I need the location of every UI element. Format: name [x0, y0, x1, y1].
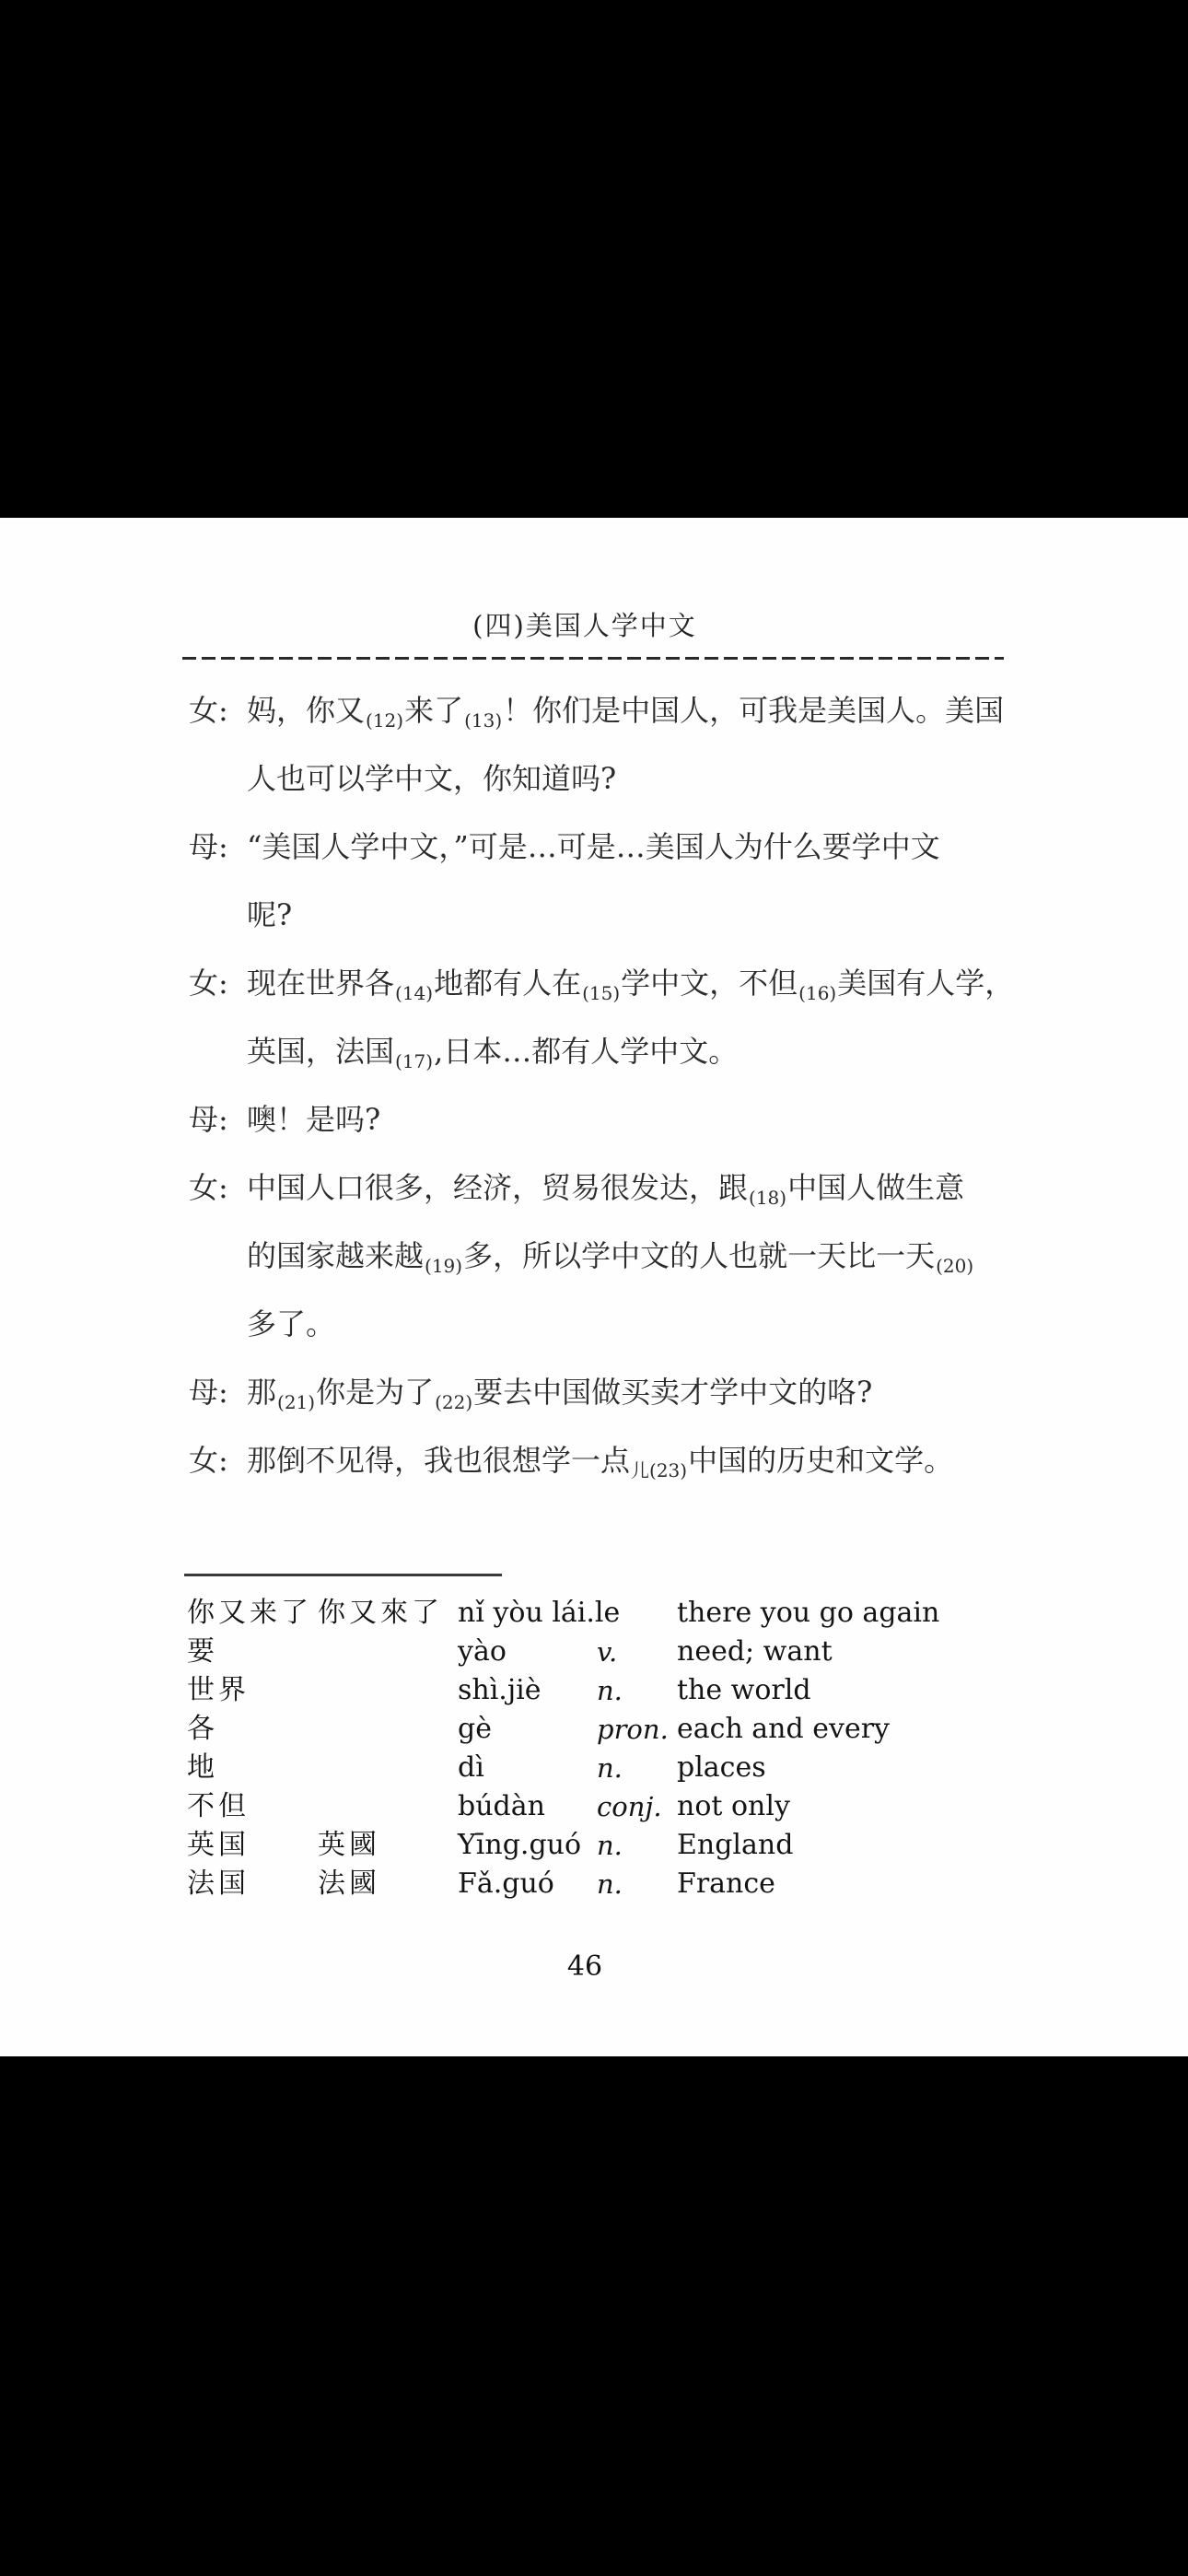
vocab-pinyin: yào — [458, 1633, 507, 1671]
dialogue-text: 那(21)你是为了(22)要去中国做买卖才学中文的咯? — [247, 1375, 872, 1410]
vocab-english: not only — [677, 1787, 790, 1826]
annotation-number: (12) — [366, 709, 403, 732]
dialogue-text: 中国人口很多，经济，贸易很发达，跟(18)中国人做生意 — [247, 1170, 964, 1205]
vocab-pinyin: nǐ yòu lái.le — [458, 1594, 620, 1633]
dialogue-text: 那倒不见得，我也很想学一点儿(23)中国的历史和文学。 — [247, 1443, 953, 1478]
annotation-number: (13) — [464, 709, 502, 732]
vocab-pinyin: shì.jiè — [458, 1671, 542, 1710]
annotation-number: (14) — [395, 982, 433, 1004]
letterbox-top — [0, 0, 1188, 518]
vocab-part-of-speech: n. — [597, 1671, 623, 1710]
speaker-label: 母: — [189, 813, 247, 881]
annotation-number: (15) — [582, 982, 620, 1004]
annotation-number: (18) — [749, 1187, 786, 1209]
vocab-english: places — [677, 1749, 766, 1787]
dialogue-line: 母:噢！是吗? — [0, 1085, 1188, 1153]
vocab-pinyin: Yīng.guó — [458, 1826, 581, 1865]
dialogue-line: 呢? — [0, 881, 1188, 949]
dialogue-line: 英国，法国(17),日本…都有人学中文。 — [0, 1017, 1188, 1085]
dialogue-line: 母:那(21)你是为了(22)要去中国做买卖才学中文的咯? — [0, 1358, 1188, 1426]
letterbox-bottom — [0, 2056, 1188, 2576]
annotation-number: (20) — [936, 1255, 973, 1277]
vocab-simplified: 各 — [187, 1710, 218, 1749]
vocab-pinyin: gè — [458, 1710, 492, 1749]
chapter-title: (四)美国人学中文 — [0, 610, 1170, 641]
speaker-label: 女: — [189, 1426, 247, 1494]
vocab-row: 不但 búdàn conj. not only — [0, 1787, 1188, 1826]
vocabulary-divider — [184, 1574, 502, 1576]
speaker-label: 女: — [189, 949, 247, 1017]
vocab-part-of-speech: n. — [597, 1749, 623, 1787]
vocab-english: the world — [677, 1671, 811, 1710]
vocab-pinyin: Fǎ.guó — [458, 1865, 554, 1903]
annotation-number: (22) — [435, 1391, 472, 1413]
vocab-pinyin: búdàn — [458, 1787, 545, 1826]
vocab-traditional: 英國 — [318, 1826, 380, 1865]
vocab-part-of-speech: conj. — [597, 1787, 662, 1826]
dialogue-text: 呢? — [247, 897, 292, 932]
dialogue-line: 女:那倒不见得，我也很想学一点儿(23)中国的历史和文学。 — [0, 1426, 1188, 1494]
dialogue-line: 多了。 — [0, 1290, 1188, 1358]
dialogue-text: 多了。 — [247, 1306, 335, 1341]
annotation-number: (17) — [395, 1050, 433, 1072]
screenshot-root: { "page": { "header_title": "(四)美国人学中文",… — [0, 0, 1188, 2576]
speaker-label: 女: — [189, 676, 247, 744]
vocab-part-of-speech: n. — [597, 1826, 623, 1865]
page-number: 46 — [0, 1951, 1170, 1983]
vocab-pinyin: dì — [458, 1749, 484, 1787]
vocab-english: each and every — [677, 1710, 890, 1749]
dialogue-text: 噢！是吗? — [247, 1102, 380, 1137]
vocab-simplified: 地 — [187, 1749, 218, 1787]
dialogue-text: 现在世界各(14)地都有人在(15)学中文，不但(16)美国有人学， — [247, 966, 1014, 1001]
annotation-number: 儿(23) — [631, 1459, 687, 1481]
vocab-part-of-speech: pron. — [597, 1710, 669, 1749]
vocab-row: 法国 法國 Fǎ.guó n. France — [0, 1865, 1188, 1903]
vocab-simplified: 你又来了 — [187, 1594, 312, 1633]
vocab-traditional: 你又來了 — [318, 1594, 443, 1633]
vocab-part-of-speech: v. — [597, 1633, 617, 1671]
dialogue-line: 女:中国人口很多，经济，贸易很发达，跟(18)中国人做生意 — [0, 1153, 1188, 1222]
speaker-label: 女: — [189, 1153, 247, 1222]
vocab-row: 世界 shì.jiè n. the world — [0, 1671, 1188, 1710]
dialogue-text: “美国人学中文，”可是…可是…美国人为什么要学中文 — [247, 829, 940, 864]
annotation-number: (19) — [425, 1255, 462, 1277]
vocab-english: England — [677, 1826, 793, 1865]
document-page: (四)美国人学中文 女:妈，你又(12)来了(13)！你们是中国人，可我是美国人… — [0, 518, 1188, 2056]
vocab-part-of-speech: n. — [597, 1865, 623, 1903]
dialogue-text: 的国家越来越(19)多，所以学中文的人也就一天比一天(20) — [247, 1238, 974, 1273]
vocab-row: 各 gè pron. each and every — [0, 1710, 1188, 1749]
vocab-english: there you go again — [677, 1594, 939, 1633]
vocabulary-list: 你又来了 你又來了 nǐ yòu lái.le there you go aga… — [0, 1594, 1188, 1903]
vocab-simplified: 英国 — [187, 1826, 250, 1865]
vocab-traditional: 法國 — [318, 1865, 380, 1903]
dialogue-text: 英国，法国(17),日本…都有人学中文。 — [247, 1034, 738, 1069]
dialogue-line: 的国家越来越(19)多，所以学中文的人也就一天比一天(20) — [0, 1222, 1188, 1290]
dialogue-line: 人也可以学中文，你知道吗? — [0, 744, 1188, 813]
dialogue-line: 女:现在世界各(14)地都有人在(15)学中文，不但(16)美国有人学， — [0, 949, 1188, 1017]
dialogue-text: 妈，你又(12)来了(13)！你们是中国人，可我是美国人。美国 — [247, 693, 1004, 728]
dialogue-line: 女:妈，你又(12)来了(13)！你们是中国人，可我是美国人。美国 — [0, 676, 1188, 744]
vocab-row: 要 yào v. need; want — [0, 1633, 1188, 1671]
vocab-simplified: 要 — [187, 1633, 218, 1671]
vocab-row: 地 dì n. places — [0, 1749, 1188, 1787]
annotation-number: (21) — [277, 1391, 315, 1413]
vocab-simplified: 法国 — [187, 1865, 250, 1903]
speaker-label: 母: — [189, 1358, 247, 1426]
dialogue-text: 人也可以学中文，你知道吗? — [247, 761, 616, 796]
vocab-english: need; want — [677, 1633, 833, 1671]
speaker-label: 母: — [189, 1085, 247, 1153]
header-divider — [182, 657, 1004, 660]
dialogue-section: 女:妈，你又(12)来了(13)！你们是中国人，可我是美国人。美国 人也可以学中… — [0, 676, 1188, 1494]
vocab-english: France — [677, 1865, 775, 1903]
vocab-row: 英国 英國 Yīng.guó n. England — [0, 1826, 1188, 1865]
vocab-simplified: 世界 — [187, 1671, 250, 1710]
dialogue-line: 母:“美国人学中文，”可是…可是…美国人为什么要学中文 — [0, 813, 1188, 881]
annotation-number: (16) — [798, 982, 836, 1004]
vocab-row: 你又来了 你又來了 nǐ yòu lái.le there you go aga… — [0, 1594, 1188, 1633]
vocab-simplified: 不但 — [187, 1787, 250, 1826]
